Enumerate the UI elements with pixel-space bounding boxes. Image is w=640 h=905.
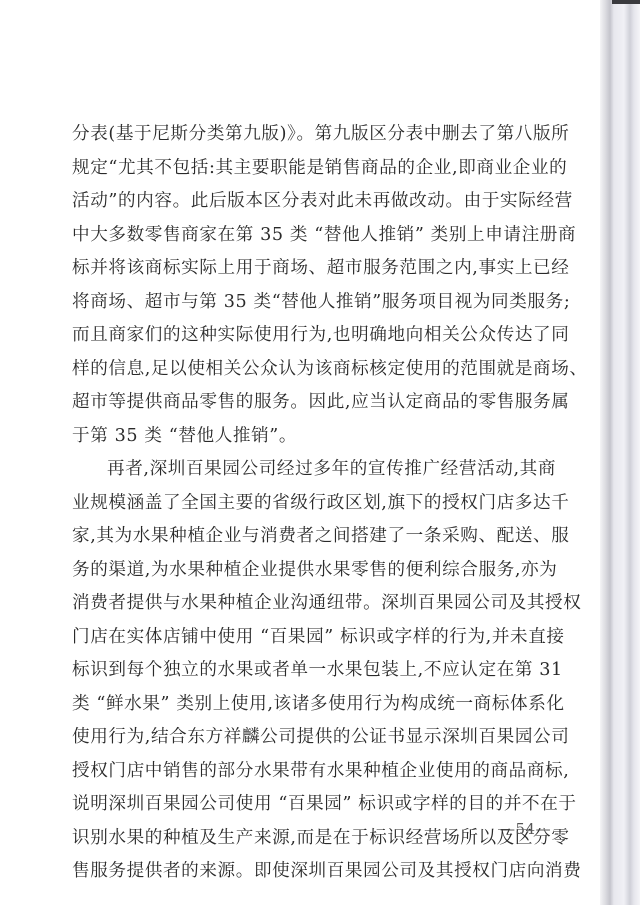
text-line: 而且商家们的这种实际使用行为,也明确地向相关公众传达了同 [72,319,582,353]
text-line: 将商场、超市与第 35 类“替他人推销”服务项目视为同类服务; [72,286,582,320]
text-line: 消费者提供与水果种植企业沟通纽带。深圳百果园公司及其授权 [72,587,582,621]
text-line: 活动”的内容。此后版本区分表对此未再做改动。由于实际经营 [72,185,582,219]
text-line: 售服务提供者的来源。即使深圳百果园公司及其授权门店向消费 [72,855,582,889]
text-line: 说明深圳百果园公司使用 “百果园” 标识或字样的目的并不在于 [72,788,582,822]
text-line: 标识到每个独立的水果或者单一水果包装上,不应认定在第 31 [72,654,582,688]
text-line: 务的渠道,为水果种植企业提供水果零售的便利综合服务,亦为 [72,554,582,588]
text-line: 超市等提供商品零售的服务。因此,应当认定商品的零售服务属 [72,386,582,420]
page-number: —54— [500,820,551,838]
text-line: 中大多数零售商家在第 35 类 “替他人推销” 类别上申请注册商 [72,219,582,253]
text-line: 分表(基于尼斯分类第九版)》。第九版区分表中删去了第八版所 [72,118,582,152]
text-line: 标并将该商标实际上用于商场、超市服务范围之内,事实上已经 [72,252,582,286]
text-line: 类 “鲜水果” 类别上使用,该诸多使用行为构成统一商标体系化 [72,688,582,722]
document-page: 分表(基于尼斯分类第九版)》。第九版区分表中删去了第八版所 规定“尤其不包括:其… [0,0,600,905]
binding-shadow [612,0,640,4]
text-line: 家,其为水果种植企业与消费者之间搭建了一条采购、配送、服 [72,520,582,554]
text-line: 于第 35 类 “替他人推销”。 [72,420,582,454]
text-line: 门店在实体店铺中使用 “百果园” 标识或字样的行为,并未直接 [72,621,582,655]
page-binding-edge [600,0,640,905]
text-line: 使用行为,结合东方祥麟公司提供的公证书显示深圳百果园公司 [72,721,582,755]
text-line: 样的信息,足以使相关公众认为该商标核定使用的范围就是商场、 [72,353,582,387]
paragraph-start-line: 再者,深圳百果园公司经过多年的宣传推广经营活动,其商 [72,453,582,487]
body-text: 分表(基于尼斯分类第九版)》。第九版区分表中删去了第八版所 规定“尤其不包括:其… [72,118,582,889]
text-line: 规定“尤其不包括:其主要职能是销售商品的企业,即商业企业的 [72,152,582,186]
text-line: 业规模涵盖了全国主要的省级行政区划,旗下的授权门店多达千 [72,487,582,521]
text-line: 授权门店中销售的部分水果带有水果种植企业使用的商品商标, [72,755,582,789]
